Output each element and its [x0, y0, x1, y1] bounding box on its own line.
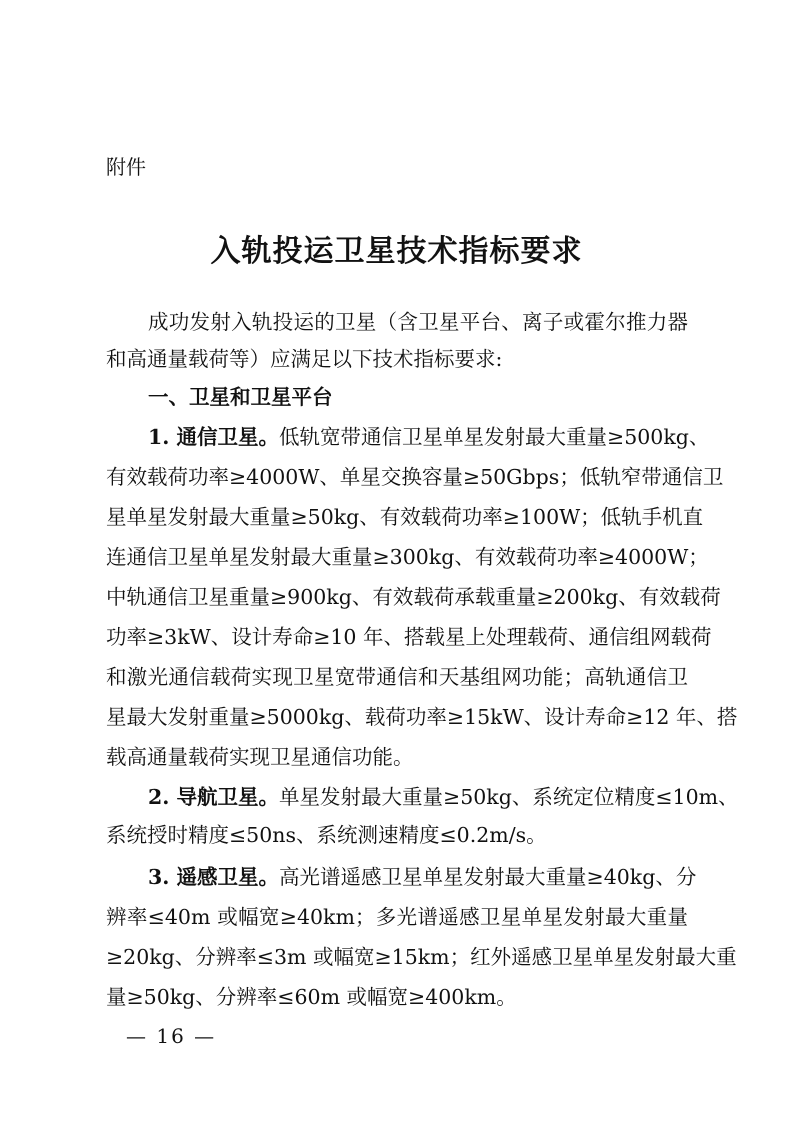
item-2-line-2: 系统授时精度≤50ns、系统测速精度≤0.2m/s。: [106, 821, 688, 849]
item-1-line-4: 连通信卫星单星发射最大重量≥300kg、有效载荷功率≥4000W；: [106, 543, 688, 571]
item-1-line-5: 中轨通信卫星重量≥900kg、有效载荷承载重量≥200kg、有效载荷: [106, 583, 688, 611]
item-3-line-3: ≥20kg、分辨率≤3m 或幅宽≥15km；红外遥感卫星单星发射最大重: [106, 943, 688, 971]
attachment-label: 附件: [106, 151, 146, 180]
item-2-label: 2. 导航卫星。: [148, 785, 279, 809]
item-1-line-9: 载高通量载荷实现卫星通信功能。: [106, 743, 688, 771]
item-3-line-1: 3. 遥感卫星。高光谱遥感卫星单星发射最大重量≥40kg、分: [148, 863, 688, 891]
page-number: — 16 —: [126, 1024, 216, 1048]
item-3-line-4: 量≥50kg、分辨率≤60m 或幅宽≥400km。: [106, 983, 688, 1011]
item-1-line-2: 有效载荷功率≥4000W、单星交换容量≥50Gbps；低轨窄带通信卫: [106, 463, 688, 491]
section-heading: 一、卫星和卫星平台: [148, 383, 333, 411]
item-1-line-7: 和激光通信载荷实现卫星宽带通信和天基组网功能；高轨通信卫: [106, 663, 688, 691]
item-1-line-6: 功率≥3kW、设计寿命≥10 年、搭载星上处理载荷、通信组网载荷: [106, 623, 688, 651]
item-3-line-2: 辨率≤40m 或幅宽≥40km；多光谱遥感卫星单星发射最大重量: [106, 903, 688, 931]
document-page: 附件 入轨投运卫星技术指标要求 成功发射入轨投运的卫星（含卫星平台、离子或霍尔推…: [0, 0, 793, 1122]
item-3-label: 3. 遥感卫星。: [148, 865, 279, 889]
document-title: 入轨投运卫星技术指标要求: [0, 226, 793, 270]
item-2-line-1: 2. 导航卫星。单星发射最大重量≥50kg、系统定位精度≤10m、: [148, 783, 688, 811]
item-1-label: 1. 通信卫星。: [148, 425, 279, 449]
intro-line-1: 成功发射入轨投运的卫星（含卫星平台、离子或霍尔推力器: [148, 308, 688, 336]
item-1-line-1: 1. 通信卫星。低轨宽带通信卫星单星发射最大重量≥500kg、: [148, 423, 688, 451]
item-1-line-8: 星最大发射重量≥5000kg、载荷功率≥15kW、设计寿命≥12 年、搭: [106, 703, 688, 731]
intro-line-2: 和高通量载荷等）应满足以下技术指标要求:: [106, 345, 688, 373]
item-1-line-3: 星单星发射最大重量≥50kg、有效载荷功率≥100W；低轨手机直: [106, 503, 688, 531]
